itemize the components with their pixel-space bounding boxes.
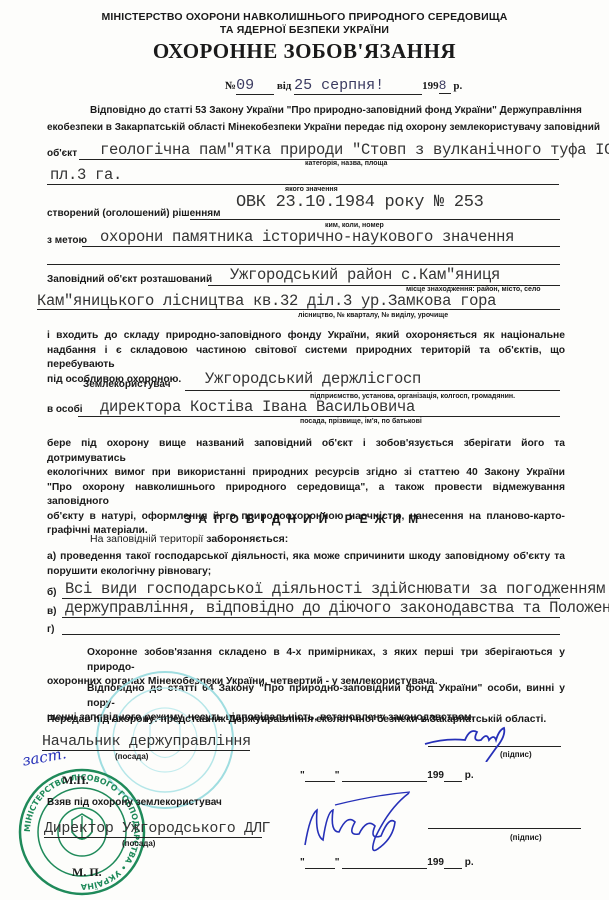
transferred-signature-hint: (підпис)	[500, 750, 532, 759]
accepted-position-underline	[44, 837, 262, 838]
transferred-position: Начальник держуправління	[42, 733, 251, 750]
land-user-value: Ужгородський держлісгосп	[205, 370, 421, 388]
date-year-prefix: 199	[427, 857, 444, 868]
date-suffix: р.	[465, 857, 474, 868]
item-v-value: держуправління, відповідно до діючого за…	[65, 599, 609, 617]
decision-value: ОВК 23.10.1984 року № 253	[236, 193, 484, 212]
fund-line-2: надбання і є складовою частиною світової…	[47, 344, 565, 373]
document-date: 25 серпня!	[294, 77, 422, 95]
location-value-line-1: Ужгородський район с.Кам"яниця	[230, 266, 500, 284]
purpose-underline	[82, 246, 560, 247]
document-number-line: №09 від 25 серпня!1998 р.	[225, 77, 462, 95]
purpose-underline-2	[47, 264, 560, 265]
fund-line-1: і входить до складу природно-заповідного…	[47, 329, 565, 344]
item-a: а) проведення такої господарської діяльн…	[47, 550, 565, 579]
accepted-signature	[295, 790, 425, 860]
year-prefix: 199	[422, 80, 439, 92]
object-underline-2	[47, 184, 559, 185]
item-v-underline	[62, 617, 560, 618]
date-quote-close: "	[335, 857, 340, 868]
item-b-value: Всі види господарської діяльності здійсн…	[65, 580, 605, 598]
from-label: від	[277, 80, 292, 92]
accepted-position-hint: (посада)	[122, 839, 155, 848]
accepted-stamp-label: М. П.	[72, 865, 102, 880]
object-value-line-2: пл.3 га.	[50, 166, 122, 184]
transferred-stamp-label: М.П.	[62, 773, 89, 788]
date-suffix: р.	[465, 770, 474, 781]
intro-line-2: екобезпеки в Закарпатській області Мінек…	[47, 121, 600, 136]
item-g-underline	[62, 634, 560, 635]
regime-title: ЗАПОВІДНИЙ РЕЖИМ	[0, 512, 609, 526]
item-g-label: г)	[47, 624, 55, 635]
item-a-line-2: порушити екологічну рівновагу;	[47, 565, 565, 580]
accepted-position: Директор Ужгородського ДЛГ	[44, 820, 270, 837]
obligation-line-3: "Про охорону навколишнього природного се…	[47, 481, 565, 510]
ministry-line-2: ТА ЯДЕРНОЇ БЕЗПЕКИ УКРАЇНИ	[0, 24, 609, 36]
purpose-value: охорони памятника історично-наукового зн…	[100, 228, 514, 246]
handwritten-note: заст.	[21, 744, 68, 769]
person-label: в особі	[47, 404, 83, 415]
object-value-line-1: геологічна пам"ятка природи "Стовп з вул…	[100, 141, 609, 159]
person-value: директора Костіва Івана Васильовича	[100, 398, 415, 416]
decision-underline	[190, 219, 560, 220]
object-hint-2: якого значення	[285, 186, 338, 193]
year-digit: 8	[439, 78, 451, 94]
prohibited-prefix: На заповідній території	[90, 533, 206, 545]
item-b-label: б)	[47, 587, 57, 598]
land-user-label: Землекористувач	[83, 379, 171, 390]
transferred-date: " " 199 р.	[300, 770, 474, 782]
transferred-signature	[420, 722, 510, 762]
document-title: ОХОРОННЕ ЗОБОВ'ЯЗАННЯ	[0, 39, 609, 64]
obligation-line-2: екологічних вимог при використанні приро…	[47, 466, 565, 481]
item-v-label: в)	[47, 606, 56, 617]
year-suffix: р.	[453, 80, 462, 92]
transferred-position-hint: (посада)	[115, 752, 148, 761]
accepted-signature-hint: (підпис)	[510, 833, 542, 842]
location-label: Заповідний об'єкт розташований	[47, 274, 212, 285]
date-year-prefix: 199	[427, 770, 444, 781]
decision-label: створений (оголошений) рішенням	[47, 208, 220, 219]
accepted-date: " " 199 р.	[300, 857, 474, 869]
location-value-line-2: Кам"яницького лісництва кв.32 діл.3 ур.З…	[37, 292, 496, 310]
person-hint: посада, прізвище, ім'я, по батькові	[300, 418, 422, 425]
accepted-signature-underline	[428, 828, 581, 829]
document-number: 09	[236, 77, 274, 95]
prohibited-bold: забороняється:	[206, 533, 288, 545]
obligation-line-1: бере під охорону вище названий заповідни…	[47, 437, 565, 466]
date-quote-close: "	[335, 770, 340, 781]
land-user-underline	[185, 390, 560, 391]
location-underline-2	[37, 309, 560, 310]
transferred-position-underline	[42, 750, 250, 751]
intro-line-1: Відповідно до статті 53 Закону України "…	[90, 104, 582, 119]
object-label: об'єкт	[47, 148, 77, 159]
person-underline	[78, 416, 560, 417]
accepted-label: Взяв під охорону землекористувач	[47, 797, 222, 808]
object-hint-1: категорія, назва, площа	[305, 160, 387, 167]
item-a-line-1: а) проведення такої господарської діяльн…	[47, 550, 565, 565]
location-hint-2: лісництво, № кварталу, № виділу, урочище	[298, 312, 448, 319]
number-label: №	[225, 80, 236, 92]
purpose-label: з метою	[47, 235, 87, 246]
ministry-line-1: МІНІСТЕРСТВО ОХОРОНИ НАВКОЛИШНЬОГО ПРИРО…	[0, 11, 609, 23]
prohibited-heading: На заповідній території забороняється:	[90, 532, 288, 547]
